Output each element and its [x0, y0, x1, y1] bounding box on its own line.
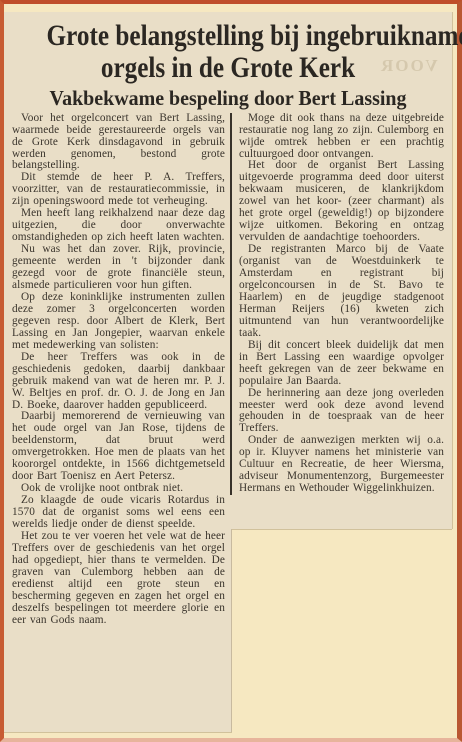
article-paragraph: Het zou te ver voeren het vele wat de he…	[12, 531, 225, 627]
article-paragraph: De herinnering aan deze jong overleden m…	[239, 388, 444, 436]
article-subtitle: Vakbekwame bespeling door Bert Lassing	[23, 87, 433, 109]
article-paragraph: Onder de aanwezigen merkten wij o.a. op …	[239, 435, 444, 495]
article-title-line2: orgels in de Grote Kerk	[47, 52, 410, 84]
clipping-cut-edge	[452, 12, 453, 529]
clipping-cut-edge	[4, 732, 232, 733]
article-title: Grote belangstelling bij ingebruikname o…	[12, 20, 444, 84]
left-column: Voor het orgelconcert van Bert Lassing, …	[12, 113, 230, 627]
newspaper-clipping-page: VOOR Grote belangstelling bij ingebruikn…	[0, 0, 462, 742]
article-title-line1: Grote belangstelling bij ingebruikname	[47, 20, 410, 52]
article-paragraph: Men heeft lang reikhalzend naar deze dag…	[12, 208, 225, 244]
article: VOOR Grote belangstelling bij ingebruikn…	[4, 12, 452, 627]
article-paragraph: De registranten Marco bij de Vaate (orga…	[239, 244, 444, 340]
article-paragraph: De heer Treffers was ook in de geschiede…	[12, 352, 225, 412]
article-paragraph: Voor het orgelconcert van Bert Lassing, …	[12, 113, 225, 173]
article-paragraph: Moge dit ook thans na deze uitgebreide r…	[239, 113, 444, 161]
article-columns: Voor het orgelconcert van Bert Lassing, …	[12, 113, 444, 627]
article-paragraph: Dit stemde de heer P. A. Treffers, voorz…	[12, 172, 225, 208]
article-paragraph: Daarbij memorerend de vernieuwing van he…	[12, 411, 225, 483]
article-paragraph: Op deze koninklijke instrumenten zullen …	[12, 292, 225, 352]
article-paragraph: Bij dit concert bleek duidelijk dat men …	[239, 340, 444, 388]
article-paragraph: Nu was het dan zover. Rijk, provincie, g…	[12, 244, 225, 292]
article-paragraph: Zo klaagde de oude vicaris Rotardus in 1…	[12, 495, 225, 531]
right-column: Moge dit ook thans na deze uitgebreide r…	[230, 113, 444, 496]
article-paragraph: Het door de organist Bert Lassing uitgev…	[239, 160, 444, 244]
